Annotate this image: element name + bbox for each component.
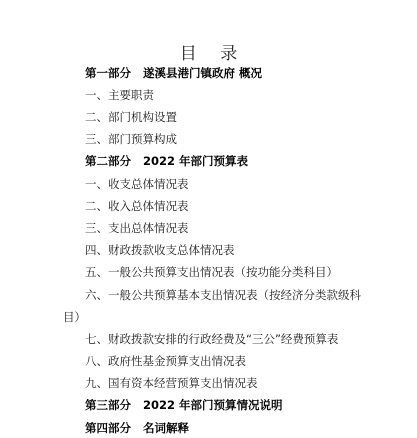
- part-label: 第三部分: [85, 398, 131, 412]
- toc-item: 九、国有资本经营预算支出情况表: [85, 376, 258, 390]
- toc-item: 一、主要职责: [85, 88, 154, 102]
- toc-item: 八、政府性基金预算支出情况表: [85, 354, 246, 368]
- section-heading-part2: 第二部分2022 年部门预算表: [85, 154, 248, 168]
- section-heading-part4: 第四部分名词解释: [85, 421, 189, 435]
- toc-item: 一、收支总体情况表: [85, 177, 189, 191]
- part-heading: 2022 年部门预算表: [143, 154, 248, 168]
- toc-item: 六、一般公共预算基本支出情况表（按经济分类款级科: [85, 288, 361, 302]
- toc-item: 七、财政拨款安排的行政经费及“三公”经费预算表: [85, 332, 338, 346]
- toc-item: 四、财政拨款收支总体情况表: [85, 243, 235, 257]
- toc-title: 目 录: [0, 39, 417, 64]
- toc-item: 二、部门机构设置: [85, 110, 177, 124]
- part-heading: 名词解释: [143, 421, 189, 435]
- section-heading-part1: 第一部分遂溪县港门镇政府 概况: [85, 66, 262, 80]
- section-heading-part3: 第三部分2022 年部门预算情况说明: [85, 398, 283, 412]
- toc-item: 三、支出总体情况表: [85, 221, 189, 235]
- part-label: 第四部分: [85, 421, 131, 435]
- part-label: 第一部分: [85, 66, 131, 80]
- part-heading: 遂溪县港门镇政府 概况: [143, 66, 262, 80]
- toc-item: 三、部门预算构成: [85, 132, 177, 146]
- toc-item: 二、收入总体情况表: [85, 199, 189, 213]
- toc-item-continuation: 目）: [63, 310, 86, 324]
- part-label: 第二部分: [85, 154, 131, 168]
- toc-item: 五、一般公共预算支出情况表（按功能分类科目）: [85, 265, 338, 279]
- part-heading: 2022 年部门预算情况说明: [143, 398, 283, 412]
